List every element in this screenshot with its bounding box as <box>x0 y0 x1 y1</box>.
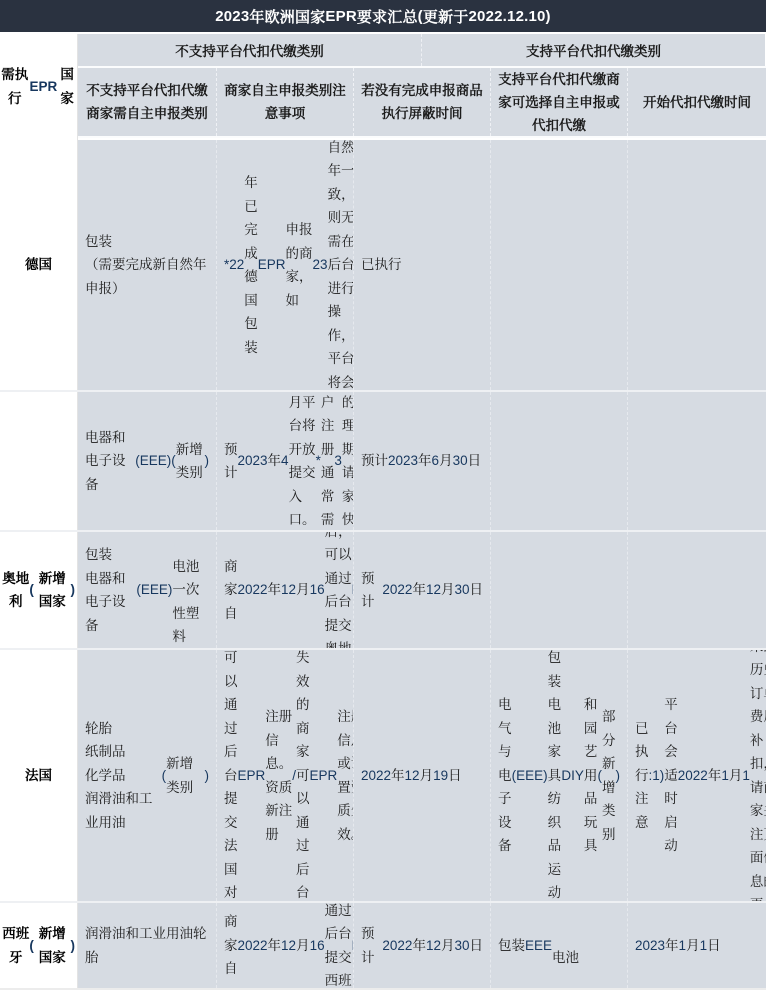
table-row-germany-2: 电器和电子设备(EEE) (新增类别) 预计 2023 年 4 月平台将开放提交… <box>0 392 766 532</box>
table-row-spain: 西班牙 (新增国家) 润滑油和工业用油轮胎 商家自 2022 年 12 月 16… <box>0 903 766 990</box>
withhold-start-cell <box>628 532 766 648</box>
declare-notes-cell: 预计 2023 年 4 月平台将开放提交入口。 *账户注册通常需要 3 个月以上… <box>217 392 354 530</box>
withhold-options-cell: 包装 EEE 电池 <box>491 903 628 988</box>
table-row-france: 法国 轮胎 纸制品 化学品 润滑油和工业用油 (新增类别) 商家已可以通过后台提… <box>0 650 766 903</box>
block-time-cell: 已执行 <box>354 140 491 390</box>
column-header-withhold-start-time: 开始代扣代缴时间 <box>628 68 766 136</box>
country-cell: 西班牙 (新增国家) <box>0 903 78 988</box>
table-row-germany-1: 德国 包装 （需要完成新自然年申报） *22 年已完成德国包装 EPR 申报的商… <box>0 140 766 392</box>
country-cell: 德国 <box>0 140 78 390</box>
table-header: 需执行 EPR 国家 不支持平台代扣代缴类别 支持平台代扣代缴类别 不支持平台代… <box>0 32 766 140</box>
table-title: 2023 年欧洲国家 EPR 要求汇总(更新于 2022.12.10) <box>0 0 766 32</box>
declare-notes-cell: 商家自 2022 年 12 月 16 日后，可以通过后台提交西班牙对应类别的 E… <box>217 903 354 988</box>
group-header-nonsupport-withholding: 不支持平台代扣代缴类别 <box>78 34 422 66</box>
withhold-options-cell <box>491 392 628 530</box>
self-declare-categories-cell: 轮胎 纸制品 化学品 润滑油和工业用油 (新增类别) <box>78 650 217 901</box>
withhold-options-cell <box>491 532 628 648</box>
country-cell <box>0 392 78 530</box>
withhold-start-cell: 2023 年 1 月 1 日 <box>628 903 766 988</box>
group-header-row: 不支持平台代扣代缴类别 支持平台代扣代缴类别 <box>78 34 766 68</box>
withhold-options-cell <box>491 140 628 390</box>
column-header-declare-notes: 商家自主申报类别注意事项 <box>217 68 354 136</box>
column-header-self-declare-categories: 不支持平台代扣代缴商家需自主申报类别 <box>78 68 217 136</box>
country-cell: 法国 <box>0 650 78 901</box>
self-declare-categories-cell: 包装 电器和电子设备(EEE) 电池 一次性塑料 <box>78 532 217 648</box>
table-body: 德国 包装 （需要完成新自然年申报） *22 年已完成德国包装 EPR 申报的商… <box>0 140 766 990</box>
declare-notes-cell: 商家已可以通过后台提交法国对应类别 EPR 注册信息。资质新注册/资质失效的商家… <box>217 650 354 901</box>
block-time-cell: 2022 年 12 月 19 日 <box>354 650 491 901</box>
column-header-withhold-options: 支持平台代扣代缴商家可选择自主申报或代扣代缴 <box>491 68 628 136</box>
self-declare-categories-cell: 电器和电子设备(EEE) (新增类别) <box>78 392 217 530</box>
header-right: 不支持平台代扣代缴类别 支持平台代扣代缴类别 不支持平台代扣代缴商家需自主申报类… <box>78 34 766 140</box>
epr-requirements-table: 2023 年欧洲国家 EPR 要求汇总(更新于 2022.12.10) 需执行 … <box>0 0 766 997</box>
country-cell: 奥地利 (新增国家) <box>0 532 78 648</box>
self-declare-categories-cell: 润滑油和工业用油轮胎 <box>78 903 217 988</box>
self-declare-categories-cell: 包装 （需要完成新自然年申报） <box>78 140 217 390</box>
country-column-header: 需执行 EPR 国家 <box>0 34 78 140</box>
group-header-support-withholding: 支持平台代扣代缴类别 <box>422 34 765 66</box>
block-time-cell: 预计 2022 年 12 月 30 日 <box>354 532 491 648</box>
declare-notes-cell: *22 年已完成德国包装 EPR 申报的商家，如 23 年申报账户信息与上一自然… <box>217 140 354 390</box>
declare-notes-cell: 商家自 2022 年 12 月 16 日后，可以通过后台提交奥地利 EPR 相关… <box>217 532 354 648</box>
withhold-start-cell <box>628 392 766 530</box>
withhold-start-cell <box>628 140 766 390</box>
block-time-cell: 预计 2023 年 6 月 30 日 <box>354 392 491 530</box>
table-row-austria: 奥地利 (新增国家) 包装 电器和电子设备(EEE) 电池 一次性塑料 商家自 … <box>0 532 766 650</box>
withhold-options-cell: 电气与电子设备(EEE) 商品物流包装 电池 家具 纺织品 运动和休闲装备 DI… <box>491 650 628 901</box>
block-time-cell: 预计 2022 年 12 月 30 日 <box>354 903 491 988</box>
withhold-start-cell: 已执行 注意: 1)平台会适时启动 2022 年 1 月 1 日以来的历史订单费… <box>628 650 766 901</box>
column-header-block-time: 若没有完成申报商品执行屏蔽时间 <box>354 68 491 136</box>
column-header-row: 不支持平台代扣代缴商家需自主申报类别 商家自主申报类别注意事项 若没有完成申报商… <box>78 68 766 138</box>
